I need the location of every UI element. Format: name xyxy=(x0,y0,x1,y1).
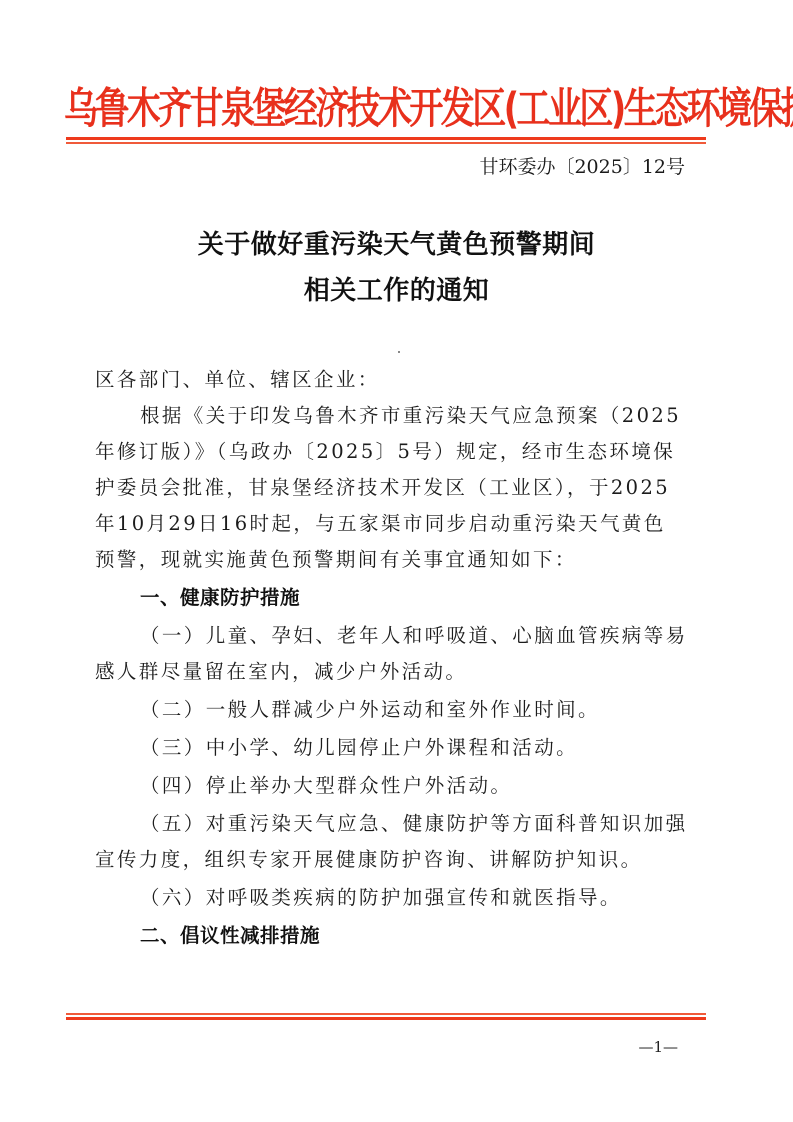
list-item-line: （三）中小学、幼儿园停止户外课程和活动。 xyxy=(140,730,725,766)
page-number: —1— xyxy=(638,1035,678,1059)
section-heading-emission-reduction: 二、倡议性减排措施 xyxy=(140,918,320,954)
list-item-line: 宣传力度，组织专家开展健康防护咨询、讲解防护知识。 xyxy=(95,842,680,878)
document-title-line-2: 相关工作的通知 xyxy=(0,270,793,312)
intro-line: 护委员会批准，甘泉堡经济技术开发区（工业区），于2025 xyxy=(95,470,680,506)
letterhead-rule-thick xyxy=(66,137,706,140)
document-title-line-1: 关于做好重污染天气黄色预警期间 xyxy=(0,224,793,266)
list-item-line: （四）停止举办大型群众性户外活动。 xyxy=(140,768,725,804)
intro-line: 预警，现就实施黄色预警期间有关事宜通知如下： xyxy=(95,542,680,578)
intro-line: 根据《关于印发乌鲁木齐市重污染天气应急预案（2025 xyxy=(140,398,725,434)
intro-line: 年修订版）》（乌政办〔2025〕5号）规定，经市生态环境保 xyxy=(95,434,680,470)
section-heading-health: 一、健康防护措施 xyxy=(140,580,300,616)
footer-rule-thin xyxy=(66,1013,706,1015)
intro-line: 年10月29日16时起，与五家渠市同步启动重污染天气黄色 xyxy=(95,506,680,542)
letterhead-rule-thin xyxy=(66,142,706,144)
salutation: 区各部门、单位、辖区企业： xyxy=(95,362,680,398)
list-item-line: （二）一般人群减少户外运动和室外作业时间。 xyxy=(140,692,725,728)
list-item-line: （五）对重污染天气应急、健康防护等方面科普知识加强 xyxy=(140,806,725,842)
document-number: 甘环委办〔2025〕12号 xyxy=(479,153,685,181)
letterhead-issuer: 乌鲁木齐甘泉堡经济技术开发区(工业区)生态环境保护委员会办公室 xyxy=(64,75,710,143)
scan-speck xyxy=(398,351,400,353)
list-item-line: 感人群尽量留在室内，减少户外活动。 xyxy=(95,654,680,690)
document-page: 乌鲁木齐甘泉堡经济技术开发区(工业区)生态环境保护委员会办公室 甘环委办〔202… xyxy=(0,0,793,1122)
list-item-line: （一）儿童、孕妇、老年人和呼吸道、心脑血管疾病等易 xyxy=(140,618,725,654)
footer-rule-thick xyxy=(66,1017,706,1020)
list-item-line: （六）对呼吸类疾病的防护加强宣传和就医指导。 xyxy=(140,880,725,916)
